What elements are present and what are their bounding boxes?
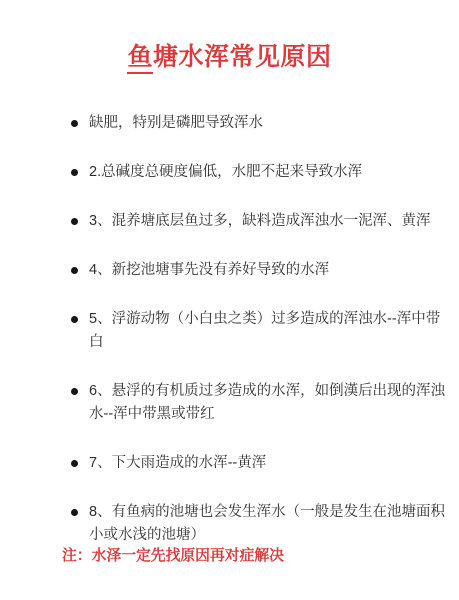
page-title: 鱼塘水浑常见原因 — [0, 42, 459, 72]
title-rest-text: 塘水浑常见原因 — [153, 43, 332, 71]
list-item-text: 2.总碱度总硬度偏低，水肥不起来导致水浑 — [89, 161, 447, 184]
list-item: 7、下大雨造成的水浑--黄浑 — [71, 452, 459, 475]
footer-note: 注：水泽一定先找原因再对症解决 — [62, 545, 459, 567]
list-item-text: 4、新挖池塘事先没有养好导致的水浑 — [89, 259, 447, 282]
list-item: 缺肥，特别是磷肥导致浑水 — [71, 112, 459, 135]
list-item: 3、混养塘底层鱼过多，缺料造成浑浊水一泥浑、黄浑 — [71, 210, 459, 233]
bullet-icon — [71, 267, 78, 274]
list-item: 8、有鱼病的池塘也会发生浑水（一般是发生在池塘面积小或水浅的池塘） — [71, 501, 459, 547]
list-item-text: 8、有鱼病的池塘也会发生浑水（一般是发生在池塘面积小或水浅的池塘） — [89, 501, 447, 547]
bullet-icon — [71, 316, 78, 323]
list-item-text: 6、悬浮的有机质过多造成的水浑，如倒漢后出现的浑浊水--浑中带黑或带红 — [89, 380, 447, 426]
bullet-icon — [71, 120, 78, 127]
list-item: 6、悬浮的有机质过多造成的水浑，如倒漢后出现的浑浊水--浑中带黑或带红 — [71, 380, 459, 426]
list-item-text: 缺肥，特别是磷肥导致浑水 — [89, 112, 447, 135]
bullet-icon — [71, 169, 78, 176]
reason-list: 缺肥，特别是磷肥导致浑水 2.总碱度总硬度偏低，水肥不起来导致水浑 3、混养塘底… — [0, 112, 459, 547]
list-item-text: 7、下大雨造成的水浑--黄浑 — [89, 452, 447, 475]
bullet-icon — [71, 218, 78, 225]
document-page: 鱼塘水浑常见原因 缺肥，特别是磷肥导致浑水 2.总碱度总硬度偏低，水肥不起来导致… — [0, 0, 459, 600]
bullet-icon — [71, 509, 78, 516]
bullet-icon — [71, 388, 78, 395]
list-item: 4、新挖池塘事先没有养好导致的水浑 — [71, 259, 459, 282]
title-underlined-char: 鱼 — [127, 43, 153, 74]
list-item-text: 5、浮游动物（小白虫之类）过多造成的浑浊水--浑中带白 — [89, 308, 447, 354]
list-item: 2.总碱度总硬度偏低，水肥不起来导致水浑 — [71, 161, 459, 184]
list-item: 5、浮游动物（小白虫之类）过多造成的浑浊水--浑中带白 — [71, 308, 459, 354]
bullet-icon — [71, 460, 78, 467]
list-item-text: 3、混养塘底层鱼过多，缺料造成浑浊水一泥浑、黄浑 — [89, 210, 447, 233]
